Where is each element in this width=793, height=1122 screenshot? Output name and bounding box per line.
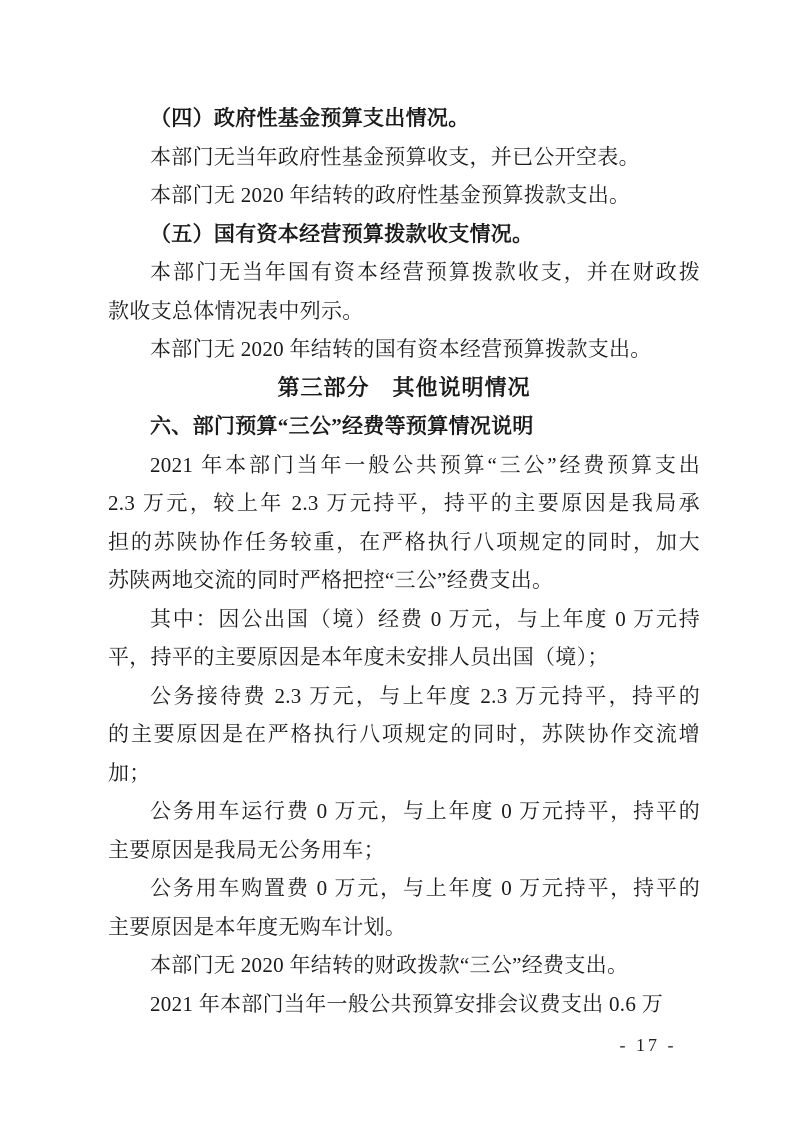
body-line: 平，持平的主要原因是本年度未安排人员出国（境）； — [108, 638, 700, 677]
heading-section-4: （四）政府性基金预算支出情况。 — [108, 99, 700, 138]
body-line: 2.3 万元，较上年 2.3 万元持平，持平的主要原因是我局承 — [108, 484, 700, 523]
body-line: 2021 年本部门当年一般公共预算安排会议费支出 0.6 万 — [108, 985, 700, 1024]
body-line: 苏陕两地交流的同时严格把控“三公”经费支出。 — [108, 561, 700, 600]
document-page: （四）政府性基金预算支出情况。 本部门无当年政府性基金预算收支，并已公开空表。 … — [0, 0, 793, 1122]
body-line: 其中：因公出国（境）经费 0 万元，与上年度 0 万元持 — [108, 600, 700, 639]
body-line: 主要原因是我局无公务用车； — [108, 831, 700, 870]
body-line: 本部门无 2020 年结转的政府性基金预算拨款支出。 — [108, 176, 700, 215]
document-text-block: （四）政府性基金预算支出情况。 本部门无当年政府性基金预算收支，并已公开空表。 … — [108, 99, 700, 1023]
body-line: 本部门无当年国有资本经营预算拨款收支，并在财政拨 — [108, 253, 700, 292]
body-line: 本部门无 2020 年结转的国有资本经营预算拨款支出。 — [108, 330, 700, 369]
body-line: 担的苏陕协作任务较重，在严格执行八项规定的同时，加大 — [108, 523, 700, 562]
body-line: 本部门无 2020 年结转的财政拨款“三公”经费支出。 — [108, 946, 700, 985]
page-number: - 17 - — [618, 1033, 678, 1057]
body-line: 公务接待费 2.3 万元，与上年度 2.3 万元持平，持平的 — [108, 677, 700, 716]
body-line: 公务用车购置费 0 万元，与上年度 0 万元持平，持平的 — [108, 869, 700, 908]
body-line: 公务用车运行费 0 万元，与上年度 0 万元持平，持平的 — [108, 792, 700, 831]
part-three-title: 第三部分 其他说明情况 — [108, 369, 700, 408]
heading-section-6: 六、部门预算“三公”经费等预算情况说明 — [108, 407, 700, 446]
body-line: 的主要原因是在严格执行八项规定的同时，苏陕协作交流增 — [108, 715, 700, 754]
body-line: 本部门无当年政府性基金预算收支，并已公开空表。 — [108, 138, 700, 177]
body-line: 款收支总体情况表中列示。 — [108, 292, 700, 331]
body-line: 2021 年本部门当年一般公共预算“三公”经费预算支出 — [108, 446, 700, 485]
heading-section-5: （五）国有资本经营预算拨款收支情况。 — [108, 215, 700, 254]
body-line: 加； — [108, 754, 700, 793]
body-line: 主要原因是本年度无购车计划。 — [108, 908, 700, 947]
